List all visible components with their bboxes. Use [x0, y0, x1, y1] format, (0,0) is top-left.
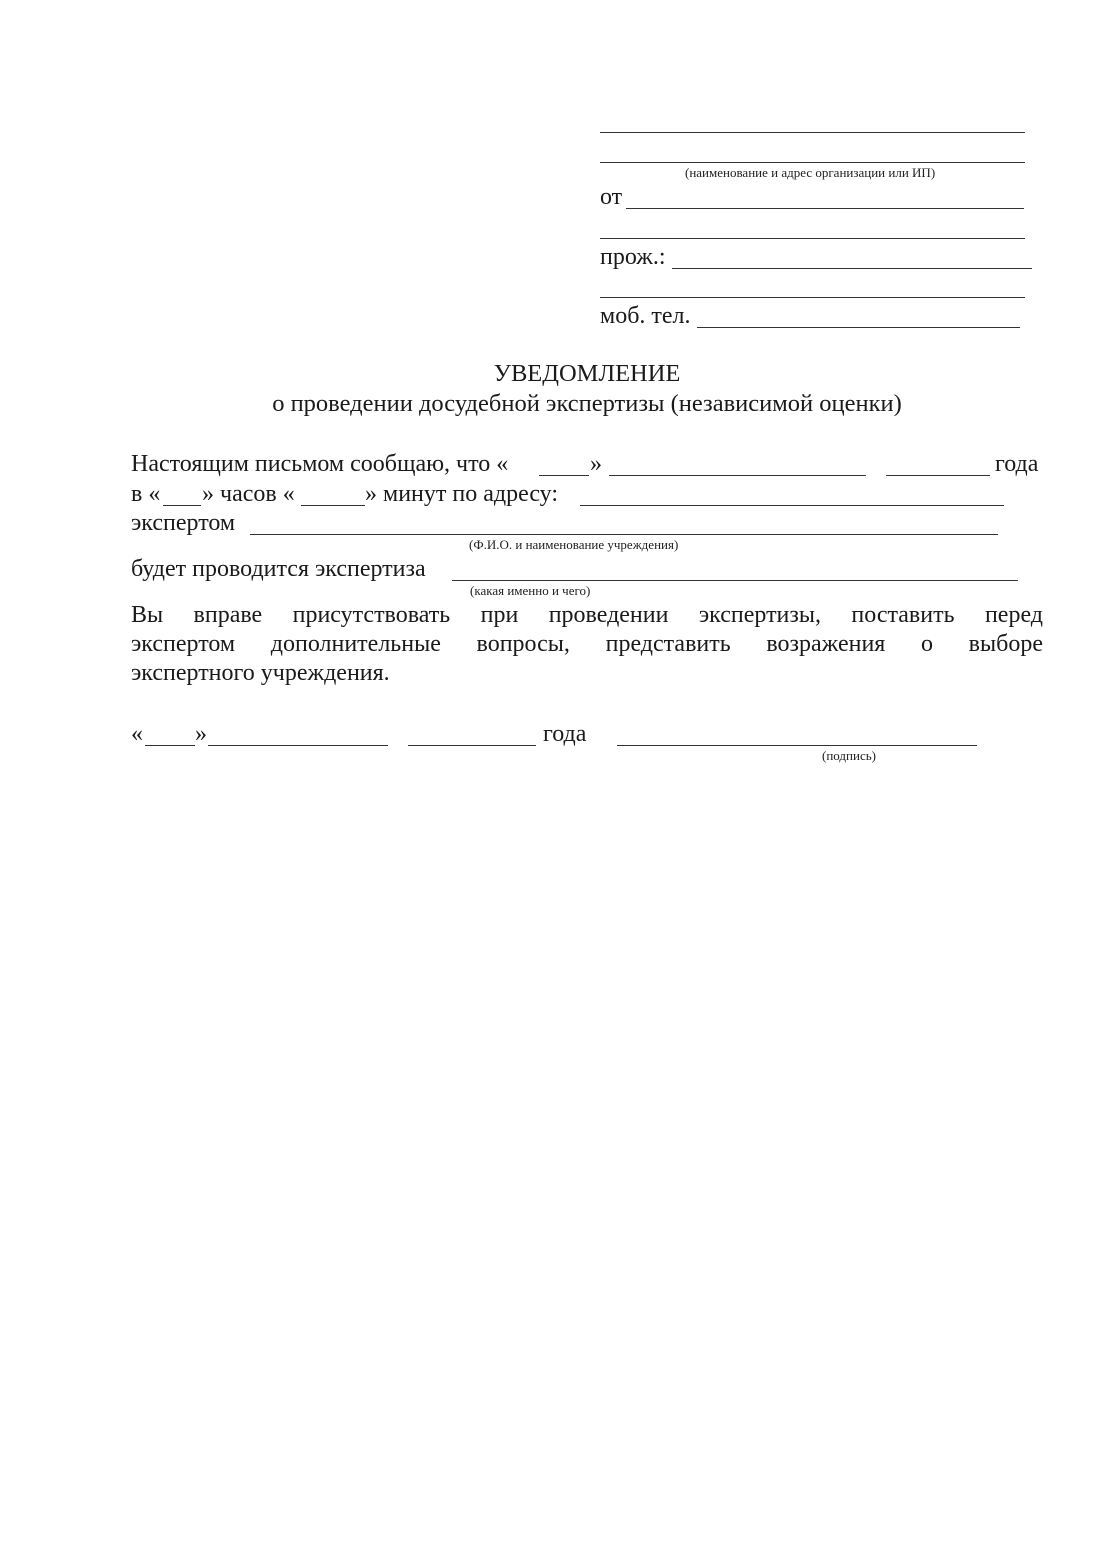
line1-suffix: года — [995, 450, 1038, 478]
sign-month-field[interactable] — [208, 745, 388, 746]
line1-quote-close: » — [590, 450, 602, 478]
from-label: от — [600, 183, 622, 211]
line2-minutes: » минут по адресу: — [365, 480, 558, 508]
rights-line-2: экспертом дополнительные вопросы, предст… — [131, 630, 1043, 660]
residence-field[interactable] — [672, 268, 1032, 269]
signature-field[interactable] — [617, 745, 977, 746]
day-field[interactable] — [539, 475, 589, 476]
rights-line-3: экспертного учреждения. — [131, 659, 1043, 689]
exam-label: будет проводится экспертиза — [131, 555, 426, 583]
phone-label: моб. тел. — [600, 302, 691, 330]
line1-prefix: Настоящим письмом сообщаю, что « — [131, 450, 508, 478]
exam-field[interactable] — [452, 580, 1018, 581]
sign-quote-open: « — [131, 720, 143, 748]
document-title: УВЕДОМЛЕНИЕ — [0, 360, 1095, 388]
residence-field-line-2[interactable] — [600, 297, 1025, 298]
sign-day-field[interactable] — [145, 745, 195, 746]
address-field[interactable] — [580, 505, 1004, 506]
phone-field[interactable] — [697, 327, 1020, 328]
org-name-field-line-2[interactable] — [600, 162, 1025, 163]
from-field-line-2[interactable] — [600, 238, 1025, 239]
minutes-field[interactable] — [301, 505, 365, 506]
expert-hint: (Ф.И.О. и наименование учреждения) — [469, 537, 678, 552]
signature-hint: (подпись) — [822, 748, 876, 763]
sign-year-field[interactable] — [408, 745, 536, 746]
org-name-field-line-1[interactable] — [600, 132, 1025, 133]
line2-hours: » часов « — [202, 480, 295, 508]
expert-field[interactable] — [250, 534, 998, 535]
sign-quote-close: » — [195, 720, 207, 748]
exam-hint: (какая именно и чего) — [470, 583, 590, 598]
org-hint: (наименование и адрес организации или ИП… — [685, 165, 935, 180]
line2-prefix: в « — [131, 480, 160, 508]
year-field[interactable] — [886, 475, 990, 476]
month-field[interactable] — [609, 475, 866, 476]
expert-label: экспертом — [131, 509, 235, 537]
from-field[interactable] — [626, 208, 1024, 209]
sign-year-label: года — [543, 720, 586, 748]
document-subtitle: о проведении досудебной экспертизы (неза… — [0, 390, 1095, 418]
hours-field[interactable] — [163, 505, 201, 506]
rights-line-1: Вы вправе присутствовать при проведении … — [131, 601, 1043, 631]
residence-label: прож.: — [600, 243, 666, 271]
